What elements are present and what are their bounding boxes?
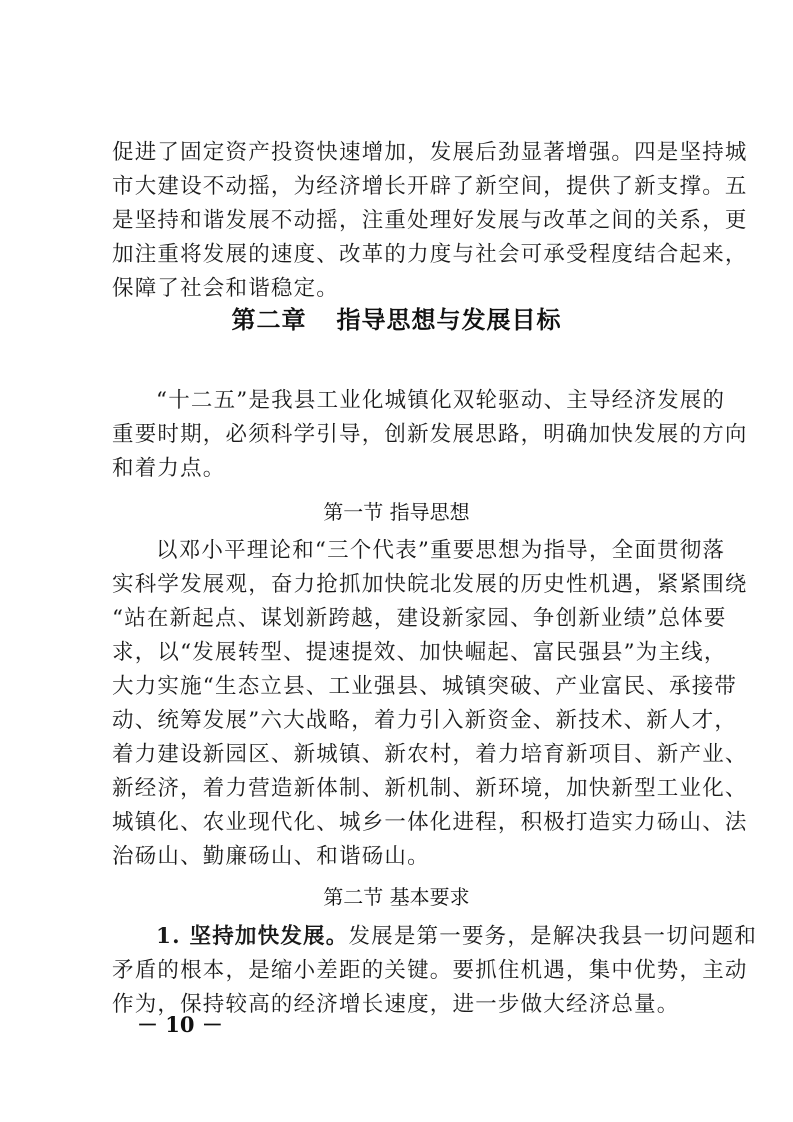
chapter-title-text: 指导思想与发展目标 [337, 306, 562, 334]
section-heading: 第二节 基本要求 [0, 882, 793, 912]
text-line: 重要时期，必须科学引导，创新发展思路，明确加快发展的方向 [112, 420, 687, 450]
text-line: 矛盾的根本，是缩小差距的关键。要抓住机遇，集中优势，主动 [112, 956, 687, 986]
text-line: 市大建设不动摇，为经济增长开辟了新空间，提供了新支撑。五 [112, 172, 687, 202]
text-line: 保障了社会和谐稳定。 [112, 274, 687, 304]
text-line: “十二五”是我县工业化城镇化双轮驱动、主导经济发展的 [156, 386, 687, 416]
text-line: 求，以“发展转型、提速提效、加快崛起、富民强县”为主线， [112, 638, 687, 668]
section-heading: 第一节 指导思想 [0, 497, 793, 527]
text-line: 加注重将发展的速度、改革的力度与社会可承受程度结合起来， [112, 240, 687, 270]
text-line: 城镇化、农业现代化、城乡一体化进程，积极打造实力砀山、法 [112, 808, 687, 838]
text-line: 大力实施“生态立县、工业强县、城镇突破、产业富民、承接带 [112, 672, 687, 702]
text-line: 和着力点。 [112, 454, 687, 484]
chapter-number: 第二章 [232, 306, 307, 334]
text-line: “站在新起点、谋划新跨越，建设新家园、争创新业绩”总体要 [112, 604, 687, 634]
chapter-heading: 第二章指导思想与发展目标 [0, 303, 793, 337]
text-line: 动、统筹发展”六大战略，着力引入新资金、新技术、新人才， [112, 706, 687, 736]
text-line: 着力建设新园区、新城镇、新农村，着力培育新项目、新产业、 [112, 740, 687, 770]
text-line: 实科学发展观，奋力抢抓加快皖北发展的历史性机遇，紧紧围绕 [112, 570, 687, 600]
page-number: － 10 － [137, 1010, 223, 1040]
text-line: 1. 坚持加快发展。发展是第一要务，是解决我县一切问题和 [156, 922, 687, 952]
item-lead: 1. 坚持加快发展。 [156, 924, 348, 949]
text-line: 促进了固定资产投资快速增加，发展后劲显著增强。四是坚持城 [112, 138, 687, 168]
text-line: 新经济，着力营造新体制、新机制、新环境，加快新型工业化、 [112, 774, 687, 804]
text-line: 以邓小平理论和“三个代表”重要思想为指导，全面贯彻落 [156, 536, 687, 566]
item-text: 发展是第一要务，是解决我县一切问题和 [348, 924, 757, 949]
document-page: 促进了固定资产投资快速增加，发展后劲显著增强。四是坚持城 市大建设不动摇，为经济… [0, 0, 793, 1122]
text-line: 治砀山、勤廉砀山、和谐砀山。 [112, 842, 687, 872]
text-line: 是坚持和谐发展不动摇，注重处理好发展与改革之间的关系，更 [112, 206, 687, 236]
